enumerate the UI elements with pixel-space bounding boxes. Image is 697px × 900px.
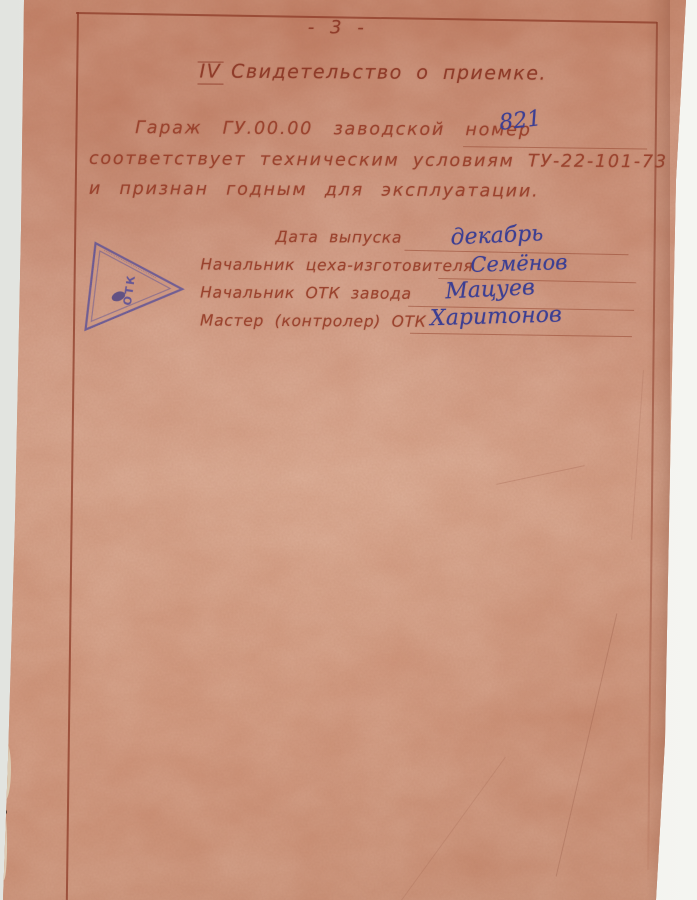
body-line-2: соответствует техническим условиям ТУ-22… xyxy=(89,149,668,173)
field-line-qc-master xyxy=(410,333,632,338)
field-value-qc-chief: Мацуев xyxy=(445,275,536,304)
triangular-stamp: ······························· ········… xyxy=(56,224,200,344)
section-numeral: IV xyxy=(197,61,223,84)
field-value-shop-chief: Семёнов xyxy=(470,250,568,277)
section-heading: IVСвидетельство о приемке. xyxy=(197,60,547,86)
section-title: Свидетельство о приемке. xyxy=(231,61,547,85)
serial-number-handwritten: 821 xyxy=(498,106,543,136)
field-label-qc-master: Мастер (контролер) ОТК xyxy=(200,311,427,330)
field-label-shop-chief: Начальник цеха-изготовителя xyxy=(200,255,473,275)
field-label-release-date: Дата выпуска xyxy=(276,228,403,247)
field-label-qc-chief: Начальник ОТК завода xyxy=(200,283,412,302)
stamp-center-text: ОТК xyxy=(121,273,138,306)
field-value-qc-master: Харитонов xyxy=(430,302,562,331)
scanned-document-page: - 3 - IVСвидетельство о приемке. Гараж Г… xyxy=(0,0,697,900)
body-line-3: и признан годным для эксплуатации. xyxy=(89,179,540,202)
serial-number-line xyxy=(463,146,647,150)
page-number: - 3 - xyxy=(308,17,369,38)
document-content: - 3 - IVСвидетельство о приемке. Гараж Г… xyxy=(0,0,697,900)
body-line-1: Гараж ГУ.00.00 заводской номер xyxy=(135,118,532,140)
right-edge-shading xyxy=(646,0,670,900)
field-value-release-date: декабрь xyxy=(450,221,544,250)
torn-edge-patch xyxy=(0,806,7,880)
ink-speck xyxy=(1,809,7,815)
paper-sheet: - 3 - IVСвидетельство о приемке. Гараж Г… xyxy=(0,0,697,900)
